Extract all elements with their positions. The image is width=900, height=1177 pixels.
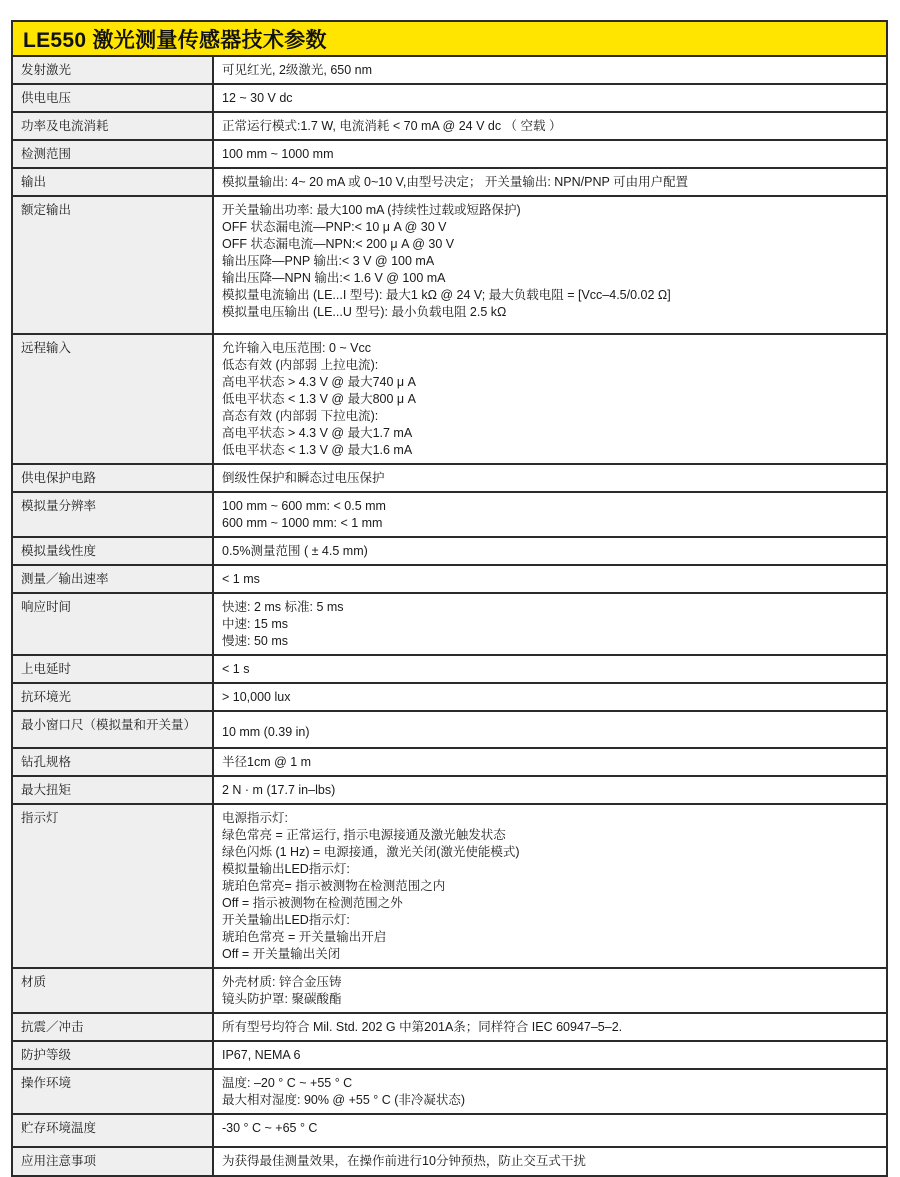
spec-label: 供电保护电路: [13, 464, 213, 492]
spec-value-line: 倒级性保护和瞬态过电压保护: [222, 470, 878, 487]
spec-label: 供电电压: [13, 84, 213, 112]
spec-value-line: OFF 状态漏电流—PNP:< 10 μ A @ 30 V: [222, 219, 878, 236]
table-row: 供电电压12 ~ 30 V dc: [13, 84, 886, 112]
spec-value-line: 琥珀色常亮= 指示被测物在检测范围之内: [222, 878, 878, 895]
spec-value: 2 N · m (17.7 in–lbs): [213, 776, 886, 804]
spec-value-line: 12 ~ 30 V dc: [222, 90, 878, 107]
spec-value-line: 为获得最佳测量效果，在操作前进行10分钟预热，防止交互式干扰: [222, 1153, 878, 1170]
table-row: 远程输入允许输入电压范围: 0 ~ Vcc低态有效 (内部弱 上拉电流):高电平…: [13, 334, 886, 464]
spec-value: 模拟量输出: 4~ 20 mA 或 0~10 V,由型号决定； 开关量输出: N…: [213, 168, 886, 196]
table-row: 防护等级IP67, NEMA 6: [13, 1041, 886, 1069]
spec-value: IP67, NEMA 6: [213, 1041, 886, 1069]
title-bar: LE550 激光测量传感器技术参数: [13, 22, 886, 57]
spec-label: 抗震／冲击: [13, 1013, 213, 1041]
spec-value: 为获得最佳测量效果，在操作前进行10分钟预热，防止交互式干扰: [213, 1147, 886, 1175]
table-row: 操作环境温度: –20 ° C ~ +55 ° C最大相对湿度: 90% @ +…: [13, 1069, 886, 1114]
spec-value-line: 高电平状态 > 4.3 V @ 最大1.7 mA: [222, 425, 878, 442]
spec-value: 温度: –20 ° C ~ +55 ° C最大相对湿度: 90% @ +55 °…: [213, 1069, 886, 1114]
spec-value-line: OFF 状态漏电流—NPN:< 200 μ A @ 30 V: [222, 236, 878, 253]
spec-value: 允许输入电压范围: 0 ~ Vcc低态有效 (内部弱 上拉电流):高电平状态 >…: [213, 334, 886, 464]
spec-label: 测量／输出速率: [13, 565, 213, 593]
spec-label: 指示灯: [13, 804, 213, 968]
spec-label: 材质: [13, 968, 213, 1013]
spec-value-line: 10 mm (0.39 in): [222, 724, 878, 741]
spec-label: 响应时间: [13, 593, 213, 655]
table-row: 测量／输出速率< 1 ms: [13, 565, 886, 593]
spec-label: 功率及电流消耗: [13, 112, 213, 140]
spec-label: 上电延时: [13, 655, 213, 683]
spec-value-line: 模拟量电流输出 (LE...I 型号): 最大1 kΩ @ 24 V; 最大负载…: [222, 287, 878, 304]
spec-value-line: IP67, NEMA 6: [222, 1047, 878, 1064]
spec-label: 输出: [13, 168, 213, 196]
spec-value-line: 低电平状态 < 1.3 V @ 最大800 μ A: [222, 391, 878, 408]
table-row: 最小窗口尺（模拟量和开关量）10 mm (0.39 in): [13, 711, 886, 748]
spec-value-line: 2 N · m (17.7 in–lbs): [222, 782, 878, 799]
spec-value-line: < 1 s: [222, 661, 878, 678]
spec-value-line: 输出压降—NPN 输出:< 1.6 V @ 100 mA: [222, 270, 878, 287]
table-row: 模拟量分辨率100 mm ~ 600 mm: < 0.5 mm600 mm ~ …: [13, 492, 886, 537]
spec-value: 开关量输出功率: 最大100 mA (持续性过载或短路保护)OFF 状态漏电流—…: [213, 196, 886, 334]
spec-value: 100 mm ~ 600 mm: < 0.5 mm600 mm ~ 1000 m…: [213, 492, 886, 537]
spec-value-line: 所有型号均符合 Mil. Std. 202 G 中第201A条；同样符合 IEC…: [222, 1019, 878, 1036]
spec-value-line: 正常运行模式:1.7 W, 电流消耗 < 70 mA @ 24 V dc （ 空…: [222, 118, 878, 135]
spec-value: 可见红光, 2级激光, 650 nm: [213, 57, 886, 84]
table-row: 应用注意事项为获得最佳测量效果，在操作前进行10分钟预热，防止交互式干扰: [13, 1147, 886, 1175]
spec-label: 发射激光: [13, 57, 213, 84]
spec-label: 远程输入: [13, 334, 213, 464]
table-row: 最大扭矩2 N · m (17.7 in–lbs): [13, 776, 886, 804]
spec-table: 发射激光可见红光, 2级激光, 650 nm供电电压12 ~ 30 V dc功率…: [13, 57, 886, 1175]
table-row: 供电保护电路倒级性保护和瞬态过电压保护: [13, 464, 886, 492]
spec-value-line: 快速: 2 ms 标准: 5 ms: [222, 599, 878, 616]
table-row: 钻孔规格半径1cm @ 1 m: [13, 748, 886, 776]
spec-value-line: -30 ° C ~ +65 ° C: [222, 1120, 878, 1137]
table-row: 贮存环境温度-30 ° C ~ +65 ° C: [13, 1114, 886, 1147]
spec-value: 快速: 2 ms 标准: 5 ms中速: 15 ms慢速: 50 ms: [213, 593, 886, 655]
spec-value-line: 最大相对湿度: 90% @ +55 ° C (非冷凝状态): [222, 1092, 878, 1109]
spec-value-line: 100 mm ~ 600 mm: < 0.5 mm: [222, 498, 878, 515]
spec-value: 12 ~ 30 V dc: [213, 84, 886, 112]
spec-value-line: Off = 开关量输出关闭: [222, 946, 878, 963]
spec-value: 外壳材质: 锌合金压铸镜头防护罩: 聚碳酸酯: [213, 968, 886, 1013]
spec-value-line: 100 mm ~ 1000 mm: [222, 146, 878, 163]
spec-label: 模拟量分辨率: [13, 492, 213, 537]
table-row: 抗震／冲击所有型号均符合 Mil. Std. 202 G 中第201A条；同样符…: [13, 1013, 886, 1041]
table-row: 材质外壳材质: 锌合金压铸镜头防护罩: 聚碳酸酯: [13, 968, 886, 1013]
page-title: LE550 激光测量传感器技术参数: [23, 24, 327, 54]
spec-label: 防护等级: [13, 1041, 213, 1069]
spec-value-line: 琥珀色常亮 = 开关量输出开启: [222, 929, 878, 946]
spec-value: < 1 s: [213, 655, 886, 683]
spec-value: 10 mm (0.39 in): [213, 711, 886, 748]
spec-label: 最小窗口尺（模拟量和开关量）: [13, 711, 213, 748]
spec-value: 倒级性保护和瞬态过电压保护: [213, 464, 886, 492]
table-row: 功率及电流消耗正常运行模式:1.7 W, 电流消耗 < 70 mA @ 24 V…: [13, 112, 886, 140]
spec-value-line: 高电平状态 > 4.3 V @ 最大740 μ A: [222, 374, 878, 391]
spec-label: 额定输出: [13, 196, 213, 334]
table-row: 检测范围100 mm ~ 1000 mm: [13, 140, 886, 168]
spec-value-line: 半径1cm @ 1 m: [222, 754, 878, 771]
spec-value-line: 600 mm ~ 1000 mm: < 1 mm: [222, 515, 878, 532]
table-row: 指示灯电源指示灯:绿色常亮 = 正常运行, 指示电源接通及激光触发状态绿色闪烁 …: [13, 804, 886, 968]
spec-value-line: 绿色常亮 = 正常运行, 指示电源接通及激光触发状态: [222, 827, 878, 844]
spec-value-line: < 1 ms: [222, 571, 878, 588]
spec-value-line: 开关量输出LED指示灯:: [222, 912, 878, 929]
spec-value-line: 模拟量输出: 4~ 20 mA 或 0~10 V,由型号决定； 开关量输出: N…: [222, 174, 878, 191]
spec-value-line: 温度: –20 ° C ~ +55 ° C: [222, 1075, 878, 1092]
spec-value-line: > 10,000 lux: [222, 689, 878, 706]
table-row: 模拟量线性度0.5%测量范围 ( ± 4.5 mm): [13, 537, 886, 565]
spec-sheet: LE550 激光测量传感器技术参数 发射激光可见红光, 2级激光, 650 nm…: [11, 20, 888, 1177]
spec-label: 应用注意事项: [13, 1147, 213, 1175]
spec-label: 模拟量线性度: [13, 537, 213, 565]
table-row: 额定输出开关量输出功率: 最大100 mA (持续性过载或短路保护)OFF 状态…: [13, 196, 886, 334]
spec-value-line: Off = 指示被测物在检测范围之外: [222, 895, 878, 912]
spec-value: -30 ° C ~ +65 ° C: [213, 1114, 886, 1147]
table-row: 上电延时< 1 s: [13, 655, 886, 683]
spec-table-body: 发射激光可见红光, 2级激光, 650 nm供电电压12 ~ 30 V dc功率…: [13, 57, 886, 1175]
spec-value: 半径1cm @ 1 m: [213, 748, 886, 776]
spec-value-line: 外壳材质: 锌合金压铸: [222, 974, 878, 991]
table-row: 发射激光可见红光, 2级激光, 650 nm: [13, 57, 886, 84]
spec-label: 抗环境光: [13, 683, 213, 711]
table-row: 响应时间快速: 2 ms 标准: 5 ms中速: 15 ms慢速: 50 ms: [13, 593, 886, 655]
spec-value: > 10,000 lux: [213, 683, 886, 711]
spec-value-line: 0.5%测量范围 ( ± 4.5 mm): [222, 543, 878, 560]
spec-value-line: 低电平状态 < 1.3 V @ 最大1.6 mA: [222, 442, 878, 459]
spec-value: < 1 ms: [213, 565, 886, 593]
spec-label: 钻孔规格: [13, 748, 213, 776]
spec-value-line: 电源指示灯:: [222, 810, 878, 827]
spec-value-line: 可见红光, 2级激光, 650 nm: [222, 62, 878, 79]
spec-label: 最大扭矩: [13, 776, 213, 804]
spec-value-line: 高态有效 (内部弱 下拉电流):: [222, 408, 878, 425]
spec-value-line: 允许输入电压范围: 0 ~ Vcc: [222, 340, 878, 357]
spec-value-line: 中速: 15 ms: [222, 616, 878, 633]
spec-value: 所有型号均符合 Mil. Std. 202 G 中第201A条；同样符合 IEC…: [213, 1013, 886, 1041]
spec-value-line: 模拟量电压输出 (LE...U 型号): 最小负载电阻 2.5 kΩ: [222, 304, 878, 321]
spec-value-line: 模拟量输出LED指示灯:: [222, 861, 878, 878]
spec-label: 贮存环境温度: [13, 1114, 213, 1147]
spec-value-line: 镜头防护罩: 聚碳酸酯: [222, 991, 878, 1008]
spec-value-line: 低态有效 (内部弱 上拉电流):: [222, 357, 878, 374]
table-row: 输出模拟量输出: 4~ 20 mA 或 0~10 V,由型号决定； 开关量输出:…: [13, 168, 886, 196]
table-row: 抗环境光> 10,000 lux: [13, 683, 886, 711]
spec-value-line: 输出压降—PNP 输出:< 3 V @ 100 mA: [222, 253, 878, 270]
spec-value: 电源指示灯:绿色常亮 = 正常运行, 指示电源接通及激光触发状态绿色闪烁 (1 …: [213, 804, 886, 968]
spec-value: 0.5%测量范围 ( ± 4.5 mm): [213, 537, 886, 565]
spec-label: 操作环境: [13, 1069, 213, 1114]
spec-label: 检测范围: [13, 140, 213, 168]
spec-value: 100 mm ~ 1000 mm: [213, 140, 886, 168]
spec-value-line: 开关量输出功率: 最大100 mA (持续性过载或短路保护): [222, 202, 878, 219]
spec-value-line: 绿色闪烁 (1 Hz) = 电源接通，激光关闭(激光使能模式): [222, 844, 878, 861]
spec-value-line: 慢速: 50 ms: [222, 633, 878, 650]
spec-value: 正常运行模式:1.7 W, 电流消耗 < 70 mA @ 24 V dc （ 空…: [213, 112, 886, 140]
